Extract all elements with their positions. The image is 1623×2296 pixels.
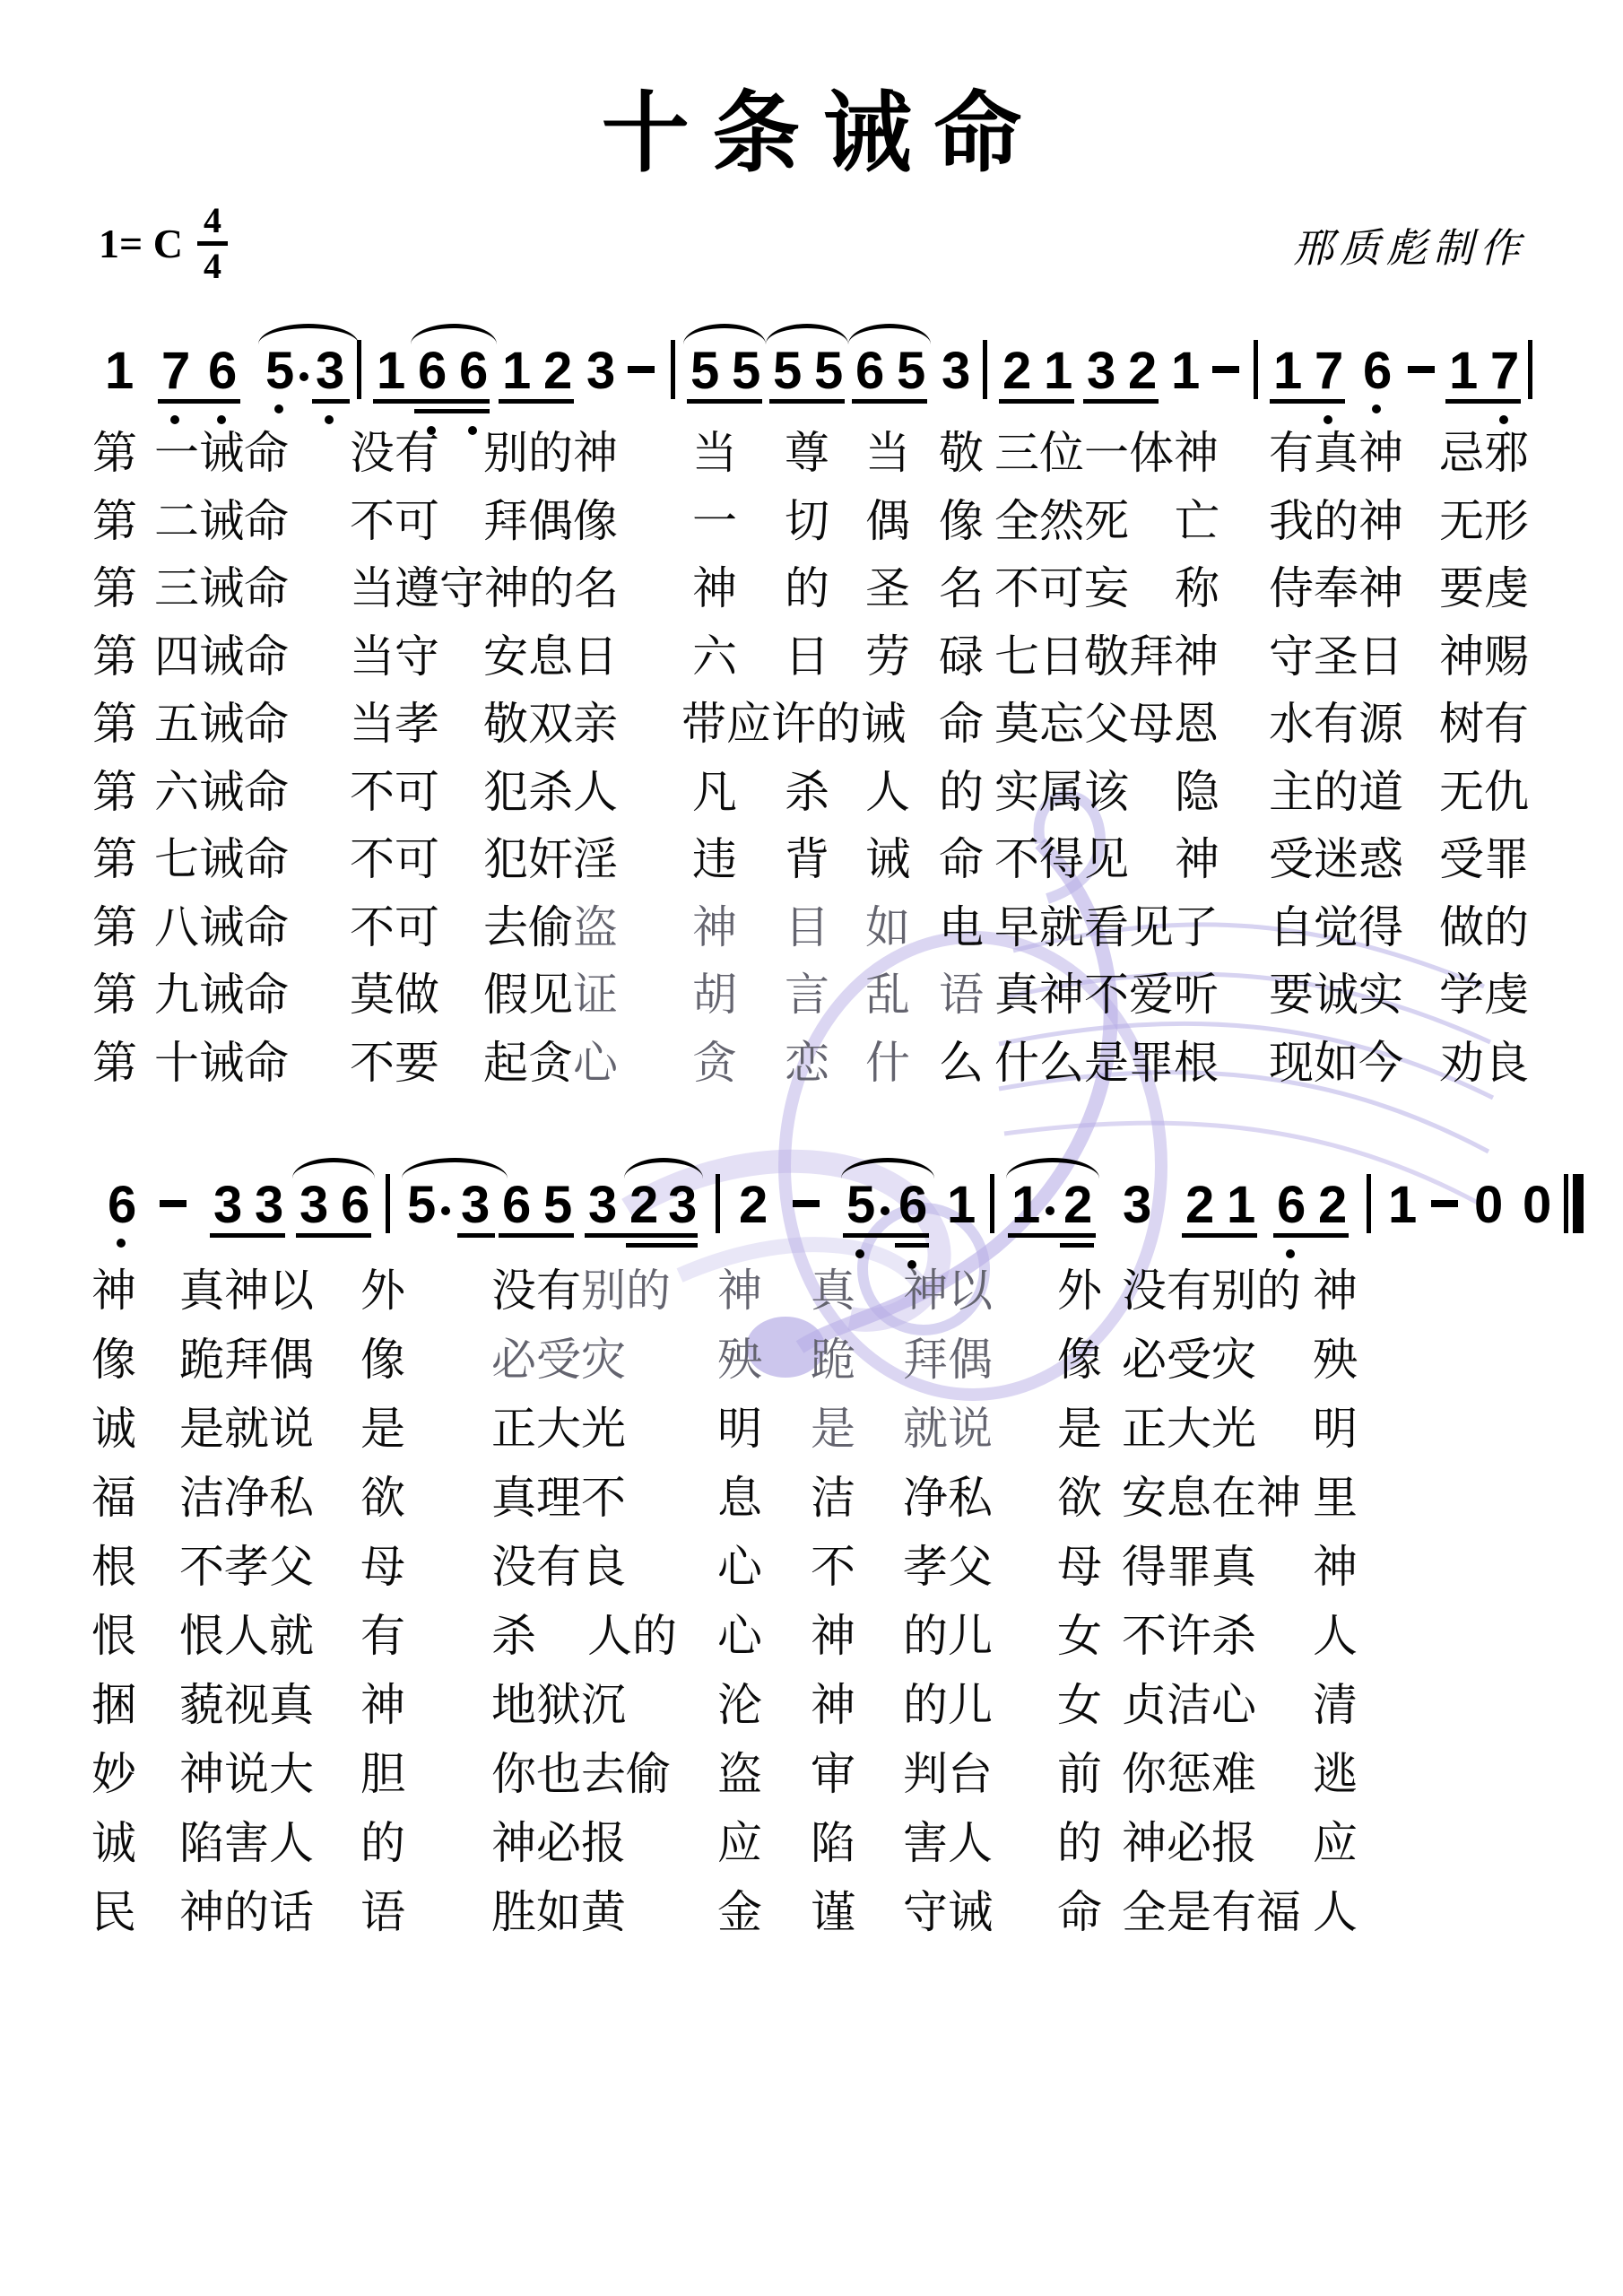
lyric-run: 要虔	[1439, 564, 1529, 613]
lyric-run: 早就看见了	[994, 903, 1219, 952]
octave-dot	[117, 1239, 126, 1248]
barline	[990, 1174, 994, 1233]
lyric-run: 隐	[1175, 768, 1219, 817]
lyric-run: 劝良	[1439, 1039, 1529, 1088]
lyric-run: 我的神	[1269, 497, 1403, 546]
beam	[585, 1233, 698, 1238]
lyric-run: 六	[692, 632, 737, 682]
dash-note	[1431, 1200, 1458, 1207]
lyric-run: 要诚实	[1269, 970, 1403, 1020]
key-label: 1= C	[99, 220, 183, 267]
lyric-run: 起贪	[483, 1039, 573, 1088]
lyric-run: 捆	[91, 1681, 136, 1730]
jianpu-note: 2	[1128, 345, 1157, 397]
jianpu-note: 1	[1011, 1179, 1040, 1231]
lyric-run: 第	[92, 768, 137, 817]
lyric-run: 无仇	[1439, 768, 1529, 817]
lyric-run: 言	[785, 970, 829, 1020]
jianpu-note: 5	[690, 345, 719, 397]
lyric-run: 清	[1313, 1681, 1358, 1730]
lyric-run: 不要	[350, 1039, 439, 1088]
beam	[1008, 1233, 1096, 1238]
lyric-run: 母	[360, 1543, 405, 1592]
lyric-run: 神	[692, 564, 737, 613]
lyric-run: 像	[1057, 1335, 1102, 1385]
lyric-run: 三诫命	[154, 564, 289, 613]
lyric-run: 莫做	[350, 970, 439, 1020]
jianpu-note: 6	[898, 1179, 927, 1231]
octave-dot	[217, 415, 226, 424]
lyric-run: 诫	[865, 835, 910, 884]
lyric-run: 是	[1057, 1405, 1102, 1454]
lyric-run: 人	[1313, 1612, 1358, 1661]
lyric-run: 九诫命	[154, 970, 289, 1020]
lyric-run: 水有源	[1269, 700, 1403, 749]
lyric-run: 六诫命	[154, 768, 289, 817]
jianpu-note: 3	[1123, 1179, 1151, 1231]
jianpu-note: 3	[942, 345, 970, 397]
beam	[499, 399, 574, 404]
barline	[386, 1174, 390, 1233]
time-signature-lower: 4	[204, 246, 221, 284]
lyric-run: 欲	[1057, 1474, 1102, 1523]
lyric-run: 神赐	[1439, 632, 1529, 682]
lyric-run: 真	[811, 1266, 855, 1316]
lyric-run: 忌邪	[1439, 429, 1529, 478]
jianpu-note: 5	[897, 345, 925, 397]
augmentation-dot	[299, 372, 308, 381]
lyric-run: 妙	[91, 1750, 136, 1799]
beam	[210, 1233, 285, 1238]
lyric-run: 神	[91, 1266, 136, 1316]
lyric-run: 命	[939, 835, 984, 884]
lyric-run: 如	[865, 903, 910, 952]
lyric-run: 目	[785, 903, 829, 952]
lyric-run: 明	[1313, 1405, 1358, 1454]
lyric-run: 民	[91, 1888, 136, 1937]
jianpu-note: 7	[1315, 345, 1343, 397]
lyric-run: 盗	[717, 1750, 762, 1799]
octave-dot	[1324, 415, 1332, 424]
beam	[499, 1233, 574, 1238]
lyric-run: 陷	[811, 1819, 855, 1868]
lyric-run: 亡	[1175, 497, 1219, 546]
jianpu-note: 6	[855, 345, 884, 397]
lyric-run: 息	[717, 1474, 762, 1523]
lyric-run: 胡	[692, 970, 737, 1020]
lyric-run: 是	[360, 1405, 405, 1454]
sheet-music-page: 十条诫命 1= C 4 4 邢质彪制作 17653166123555565321…	[0, 0, 1623, 2296]
beam	[373, 399, 490, 404]
lyric-run: 第	[92, 700, 137, 749]
octave-dot	[468, 426, 477, 435]
lyric-run: 称	[1175, 564, 1219, 613]
beam	[1083, 399, 1159, 404]
lyric-run: 现如今	[1269, 1039, 1403, 1088]
beam	[1273, 1233, 1349, 1238]
lyric-run: 安息日	[483, 632, 618, 682]
lyric-run: 必受灾	[1122, 1335, 1256, 1385]
lyric-run: 没有别的	[1122, 1266, 1301, 1316]
jianpu-note: 5	[265, 345, 294, 397]
lyric-run: 没有良	[491, 1543, 626, 1592]
augmentation-dot	[441, 1206, 450, 1215]
beam	[158, 399, 240, 404]
lyric-run: 贞洁心	[1122, 1681, 1256, 1730]
slur-arc	[683, 324, 766, 344]
key-signature: 1= C 4 4	[99, 203, 228, 284]
lyric-run: 第	[92, 497, 137, 546]
lyric-run: 有	[360, 1612, 405, 1661]
lyric-run: 当遵守神的名	[350, 564, 619, 613]
lyric-run: 逃	[1313, 1750, 1358, 1799]
lyric-run: 真神以	[179, 1266, 314, 1316]
lyric-run: 贪	[692, 1039, 737, 1088]
lyric-run: 第	[92, 632, 137, 682]
jianpu-note: 0	[1474, 1179, 1503, 1231]
lyric-run: 切	[785, 497, 829, 546]
lyric-run: 带应许的诫	[681, 700, 906, 749]
jianpu-note: 6	[208, 345, 237, 397]
lyric-run: 你也去偷	[491, 1750, 671, 1799]
jianpu-note: 1	[1227, 1179, 1255, 1231]
lyric-run: 人	[865, 768, 910, 817]
jianpu-note: 6	[418, 345, 447, 397]
lyric-run: 人的	[587, 1612, 677, 1661]
slur-arc	[258, 324, 359, 344]
lyric-run: 三位一体神	[994, 429, 1219, 478]
time-signature-upper: 4	[197, 203, 228, 246]
octave-dot	[1372, 404, 1381, 413]
lyric-run: 全是有福	[1122, 1888, 1301, 1937]
lyric-run: 前	[1057, 1750, 1102, 1799]
jianpu-note: 2	[739, 1179, 768, 1231]
lyric-run: 莫忘父母恩	[994, 700, 1219, 749]
jianpu-note: 7	[1490, 345, 1519, 397]
lyric-run: 殃	[1313, 1335, 1358, 1385]
lyric-run: 背	[785, 835, 829, 884]
lyric-run: 别的	[581, 1266, 671, 1316]
barline	[1254, 340, 1258, 399]
augmentation-dot	[1046, 1206, 1055, 1215]
slur-arc	[848, 324, 931, 344]
lyric-run: 学虔	[1439, 970, 1529, 1020]
lyric-run: 守圣日	[1269, 632, 1403, 682]
dash-note	[628, 366, 655, 373]
lyric-run: 四诫命	[154, 632, 289, 682]
jianpu-note: 5	[773, 345, 802, 397]
lyric-run: 实属该	[994, 768, 1129, 817]
lyric-run: 心	[717, 1543, 762, 1592]
lyric-run: 神	[717, 1266, 762, 1316]
lyric-run: 不可	[350, 835, 439, 884]
lyric-run: 神	[811, 1612, 855, 1661]
barline	[1528, 340, 1532, 399]
slur-arc	[411, 324, 497, 344]
lyric-run: 判台	[903, 1750, 993, 1799]
lyric-run: 证	[573, 970, 618, 1020]
lyric-run: 神以	[903, 1266, 993, 1316]
lyric-run: 净私	[903, 1474, 993, 1523]
slur-arc	[766, 324, 848, 344]
lyric-run: 胜如黄	[491, 1888, 626, 1937]
lyric-run: 主的道	[1269, 768, 1403, 817]
lyric-run: 假见	[483, 970, 573, 1020]
lyric-run: 害人	[903, 1819, 993, 1868]
octave-dot	[325, 415, 334, 424]
lyric-run: 命	[1057, 1888, 1102, 1937]
beam	[895, 1243, 929, 1248]
lyric-run: 审	[811, 1750, 855, 1799]
lyric-run: 神	[360, 1681, 405, 1730]
slur-arc	[1006, 1158, 1099, 1178]
dash-note	[1212, 366, 1239, 373]
lyric-run: 电	[939, 903, 984, 952]
lyric-run: 胆	[360, 1750, 405, 1799]
page-title: 十条诫命	[0, 63, 1623, 189]
jianpu-note: 3	[461, 1179, 490, 1231]
lyric-run: 地狱沉	[491, 1681, 626, 1730]
lyric-run: 受罪	[1439, 835, 1529, 884]
lyric-run: 当孝	[350, 700, 439, 749]
lyric-run: 十诫命	[154, 1039, 289, 1088]
lyric-run: 的	[360, 1819, 405, 1868]
lyric-run: 跪	[811, 1335, 855, 1385]
lyric-run: 七诫命	[154, 835, 289, 884]
lyric-run: 的	[1057, 1819, 1102, 1868]
slur-arc	[292, 1158, 375, 1178]
barline	[357, 340, 361, 399]
lyric-run: 树有	[1439, 700, 1529, 749]
barline	[671, 340, 675, 399]
jianpu-note: 5	[846, 1179, 875, 1231]
lyric-run: 就说	[903, 1405, 993, 1454]
lyric-run: 殃	[717, 1335, 762, 1385]
lyric-run: 自觉得	[1269, 903, 1403, 952]
lyric-run: 无形	[1439, 497, 1529, 546]
lyric-run: 违	[692, 835, 737, 884]
lyric-run: 没有	[491, 1266, 581, 1316]
lyric-run: 碌	[939, 632, 984, 682]
jianpu-note: 0	[1523, 1179, 1551, 1231]
dash-note	[1408, 366, 1435, 373]
lyric-run: 诚	[91, 1819, 136, 1868]
lyric-run: 第	[92, 1039, 137, 1088]
lyric-run: 五诫命	[154, 700, 289, 749]
lyric-run: 孝父	[903, 1543, 993, 1592]
slur-arc	[624, 1158, 703, 1178]
slur-arc	[841, 1158, 934, 1178]
lyric-run: 全然死	[994, 497, 1129, 546]
jianpu-note: 6	[459, 345, 488, 397]
lyric-run: 神	[811, 1681, 855, 1730]
lyric-run: 是就说	[179, 1405, 314, 1454]
lyric-run: 当	[865, 429, 910, 478]
lyric-run: 别的神	[483, 429, 618, 478]
beam	[1182, 1233, 1257, 1238]
jianpu-note: 2	[629, 1179, 658, 1231]
lyric-run: 凡	[692, 768, 737, 817]
lyric-run: 杀	[491, 1612, 536, 1661]
lyric-run: 没有	[350, 429, 439, 478]
lyric-run: 女	[1057, 1681, 1102, 1730]
lyric-run: 守诫	[903, 1888, 993, 1937]
lyric-run: 外	[1057, 1266, 1102, 1316]
lyric-run: 安息在神	[1122, 1474, 1301, 1523]
lyric-run: 不可	[350, 903, 439, 952]
lyric-run: 的儿	[903, 1612, 993, 1661]
lyric-run: 劳	[865, 632, 910, 682]
lyric-run: 像	[91, 1335, 136, 1385]
lyric-run: 心	[573, 1039, 618, 1088]
jianpu-note: 3	[299, 1179, 328, 1231]
lyric-run: 神	[692, 903, 737, 952]
lyric-run: 不许杀	[1122, 1612, 1256, 1661]
beam	[414, 409, 490, 413]
lyric-run: 做的	[1439, 903, 1529, 952]
lyric-run: 正大光	[1122, 1405, 1256, 1454]
time-signature: 4 4	[197, 203, 228, 284]
lyric-run: 的	[785, 564, 829, 613]
dash-note	[793, 1200, 820, 1207]
lyric-run: 不孝父	[179, 1543, 314, 1592]
jianpu-note: 3	[316, 345, 344, 397]
jianpu-note: 6	[502, 1179, 531, 1231]
lyric-run: 欲	[360, 1474, 405, 1523]
beam	[1060, 1243, 1094, 1248]
lyric-run: 侍奉神	[1269, 564, 1403, 613]
lyric-run: 当守	[350, 632, 439, 682]
lyric-run: 不	[811, 1543, 855, 1592]
jianpu-note: 1	[947, 1179, 976, 1231]
lyric-run: 陷害人	[179, 1819, 314, 1868]
beam	[296, 1233, 371, 1238]
lyric-run: 神必报	[491, 1819, 626, 1868]
jianpu-note: 2	[1185, 1179, 1214, 1231]
lyric-run: 恨人就	[179, 1612, 314, 1661]
lyric-run: 盗	[573, 903, 618, 952]
lyric-run: 什么是罪根	[994, 1039, 1219, 1088]
barline	[716, 1174, 720, 1233]
octave-dot	[855, 1249, 864, 1258]
lyric-run: 敬	[939, 429, 984, 478]
lyric-run: 神说大	[179, 1750, 314, 1799]
lyric-run: 真神不爱听	[994, 970, 1219, 1020]
octave-dot	[170, 415, 179, 424]
lyric-run: 一	[692, 497, 737, 546]
lyric-run: 得罪真	[1122, 1543, 1256, 1592]
lyric-run: 神必报	[1122, 1819, 1256, 1868]
lyric-run: 不可	[350, 768, 439, 817]
jianpu-note: 2	[1063, 1179, 1092, 1231]
lyric-run: 谨	[811, 1888, 855, 1937]
jianpu-note: 3	[255, 1179, 283, 1231]
lyric-run: 必受灾	[491, 1335, 626, 1385]
lyric-run: 诚	[91, 1405, 136, 1454]
lyric-run: 杀	[785, 768, 829, 817]
lyric-run: 真理不	[491, 1474, 626, 1523]
lyric-run: 犯奸淫	[483, 835, 618, 884]
jianpu-note: 2	[543, 345, 572, 397]
lyric-run: 一诫命	[154, 429, 289, 478]
lyric-run: 福	[91, 1474, 136, 1523]
beam	[852, 399, 927, 404]
lyric-run: 去偷	[483, 903, 573, 952]
lyric-run: 金	[717, 1888, 762, 1937]
lyric-run: 第	[92, 835, 137, 884]
lyric-run: 外	[360, 1266, 405, 1316]
lyric-run: 里	[1313, 1474, 1358, 1523]
beam	[626, 1243, 698, 1248]
beam	[312, 399, 350, 404]
lyric-run: 当	[692, 429, 737, 478]
lyric-run: 八诫命	[154, 903, 289, 952]
jianpu-note: 1	[105, 345, 134, 397]
jianpu-note: 5	[814, 345, 843, 397]
dash-note	[160, 1200, 187, 1207]
lyric-run: 不可妄	[994, 564, 1129, 613]
jianpu-note: 6	[108, 1179, 136, 1231]
jianpu-note: 6	[341, 1179, 369, 1231]
lyric-run: 有真神	[1269, 429, 1403, 478]
lyric-run: 二诫命	[154, 497, 289, 546]
beam	[687, 399, 762, 404]
jianpu-note: 1	[1171, 345, 1200, 397]
jianpu-note: 1	[1273, 345, 1302, 397]
lyric-run: 语	[360, 1888, 405, 1937]
lyric-run: 根	[91, 1543, 136, 1592]
jianpu-note: 3	[586, 345, 615, 397]
lyric-run: 应	[717, 1819, 762, 1868]
lyric-run: 神	[1175, 835, 1219, 884]
lyric-run: 乱	[865, 970, 910, 1020]
beam	[1270, 399, 1345, 404]
lyric-run: 正大光	[491, 1405, 626, 1454]
jianpu-note: 5	[732, 345, 760, 397]
beam	[457, 1233, 495, 1238]
lyric-run: 神	[1313, 1266, 1358, 1316]
lyric-run: 跪拜偶	[179, 1335, 314, 1385]
lyric-run: 第	[92, 903, 137, 952]
lyric-run: 第	[92, 564, 137, 613]
credit: 邢质彪制作	[1293, 215, 1526, 274]
jianpu-note: 3	[213, 1179, 242, 1231]
jianpu-note: 1	[502, 345, 531, 397]
lyric-run: 母	[1057, 1543, 1102, 1592]
jianpu-note: 3	[588, 1179, 617, 1231]
lyric-run: 偶	[865, 497, 910, 546]
lyric-run: 洁	[811, 1474, 855, 1523]
jianpu-note: 1	[377, 345, 405, 397]
lyric-run: 尊	[785, 429, 829, 478]
jianpu-note: 3	[1087, 345, 1115, 397]
jianpu-note: 5	[543, 1179, 572, 1231]
jianpu-note: 7	[161, 345, 190, 397]
lyric-run: 受迷惑	[1269, 835, 1403, 884]
jianpu-note: 6	[1277, 1179, 1306, 1231]
lyric-run: 像	[360, 1335, 405, 1385]
jianpu-note: 1	[1388, 1179, 1417, 1231]
lyric-run: 恨	[91, 1612, 136, 1661]
jianpu-note: 2	[1002, 345, 1031, 397]
lyric-run: 心	[717, 1612, 762, 1661]
lyric-run: 第	[92, 429, 137, 478]
barline	[983, 340, 987, 399]
lyric-run: 敬双亲	[483, 700, 618, 749]
barline	[1367, 1174, 1371, 1233]
lyric-run: 像	[939, 497, 984, 546]
jianpu-note: 2	[1318, 1179, 1347, 1231]
